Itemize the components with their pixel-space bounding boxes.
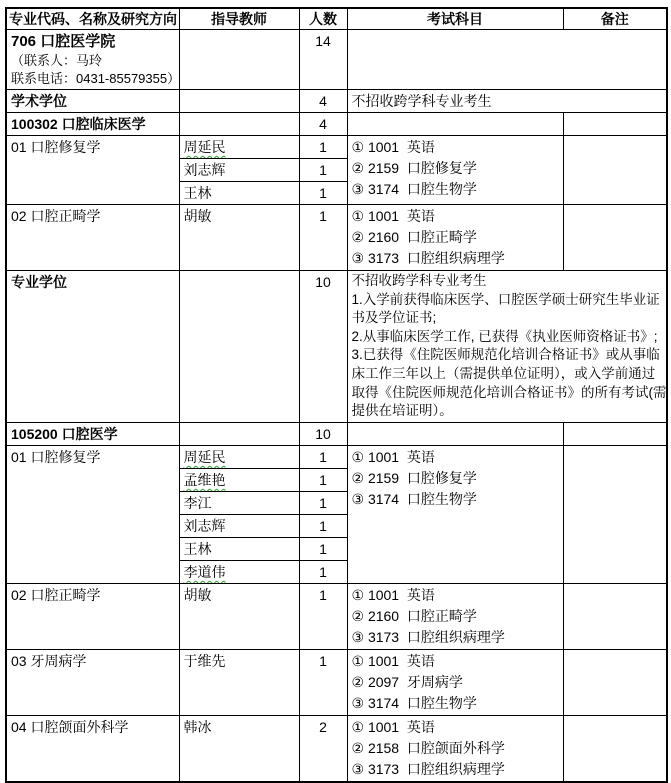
advisor-cell (179, 90, 299, 113)
count-cell: 1 (299, 182, 347, 205)
count-cell: 4 (299, 113, 347, 136)
col-header-program: 专业代码、名称及研究方向 (6, 8, 179, 30)
exam-subjects-cell: ① 1001 英语 ② 2159 口腔修复学 ③ 3174 口腔生物学 (347, 136, 563, 205)
note-line: 3.已获得《住院医师规范化培训合格证书》或从事临 (352, 346, 663, 365)
advisor-cell (179, 422, 299, 445)
count-cell: 1 (299, 468, 347, 491)
section-title: 学术学位 (6, 90, 179, 113)
count-cell: 1 (299, 537, 347, 560)
program-title: 105200 口腔医学 (6, 422, 179, 445)
advisor-cell: 胡敏 (179, 205, 299, 271)
exam-subjects-cell: ① 1001 英语 ② 2158 口腔颌面外科学 ③ 3173 口腔组织病理学 (347, 715, 563, 782)
exam-subjects-cell: ① 1001 英语 ② 2097 牙周病学 ③ 3174 口腔生物学 (347, 649, 563, 715)
exam-line: ① 1001 英语 (352, 585, 559, 606)
count-cell: 1 (299, 560, 347, 583)
exam-subjects-cell: ① 1001 英语 ② 2159 口腔修复学 ③ 3174 口腔生物学 (347, 445, 563, 583)
exam-line: ① 1001 英语 (352, 717, 559, 738)
col-header-remarks: 备注 (563, 8, 667, 30)
advisor-cell (179, 271, 299, 423)
count-cell: 1 (299, 649, 347, 715)
advisor-name: 周延民 (184, 139, 226, 155)
advisor-cell: 王林 (179, 537, 299, 560)
advisor-name: 刘志辉 (184, 518, 226, 534)
exam-line: ③ 3173 口腔组织病理学 (352, 248, 559, 269)
exam-line: ① 1001 英语 (352, 137, 559, 158)
advisor-cell: 于维先 (179, 649, 299, 715)
header-row: 专业代码、名称及研究方向 指导教师 人数 考试科目 备注 (6, 8, 667, 30)
advisor-name: 胡敏 (184, 587, 212, 603)
advisor-cell: 孟维艳 (179, 468, 299, 491)
remarks-cell (563, 715, 667, 782)
direction-row: 02 口腔正畸学 胡敏 1 ① 1001 英语 ② 2160 口腔正畸学 ③ 3… (6, 583, 667, 649)
note-cell: 不招收跨学科专业考生 (347, 90, 667, 113)
col-header-advisor: 指导教师 (179, 8, 299, 30)
count-cell: 1 (299, 205, 347, 271)
remarks-cell (563, 583, 667, 649)
advisor-name: 王林 (184, 185, 212, 201)
exam-line: ③ 3173 口腔组织病理学 (352, 627, 559, 648)
note-line: 取得《住院医师规范化培训合格证书》的所有考试(需 (352, 384, 663, 403)
direction-row: 01 口腔修复学 周延民 1 ① 1001 英语 ② 2159 口腔修复学 ③ … (6, 445, 667, 468)
section-title: 专业学位 (6, 271, 179, 423)
advisor-name: 于维先 (184, 653, 226, 669)
department-row: 706 口腔医学院 （联系人：马玲 联系电话：0431-85579355） 14 (6, 30, 667, 90)
exam-line: ② 2159 口腔修复学 (352, 468, 559, 489)
requirements-note-cell: 不招收跨学科专业考生 1.入学前获得临床医学、口腔医学硕士研究生毕业证 书及学位… (347, 271, 667, 423)
count-cell: 2 (299, 715, 347, 782)
exam-line: ① 1001 英语 (352, 206, 559, 227)
contact-person: （联系人：马玲 (11, 52, 175, 70)
direction-title: 01 口腔修复学 (6, 136, 179, 205)
note-line: 床工作三年以上（需提供单位证明），或入学前通过 (352, 365, 663, 384)
note-line: 不招收跨学科专业考生 (352, 272, 663, 291)
remarks-cell (563, 205, 667, 271)
department-title: 706 口腔医学院 (11, 31, 175, 52)
direction-title: 04 口腔颌面外科学 (6, 715, 179, 782)
direction-title: 02 口腔正畸学 (6, 583, 179, 649)
exam-subjects-cell (347, 113, 563, 136)
col-header-exam-subjects: 考试科目 (347, 8, 563, 30)
count-cell: 10 (299, 422, 347, 445)
count-cell: 1 (299, 159, 347, 182)
direction-row: 03 牙周病学 于维先 1 ① 1001 英语 ② 2097 牙周病学 ③ 31… (6, 649, 667, 715)
advisor-cell (179, 113, 299, 136)
contact-phone: 联系电话：0431-85579355） (11, 70, 175, 88)
exam-line: ③ 3174 口腔生物学 (352, 489, 559, 510)
direction-row: 02 口腔正畸学 胡敏 1 ① 1001 英语 ② 2160 口腔正畸学 ③ 3… (6, 205, 667, 271)
remarks-cell (563, 422, 667, 445)
count-cell: 1 (299, 491, 347, 514)
exam-line: ① 1001 英语 (352, 651, 559, 672)
advisor-cell: 李道伟 (179, 560, 299, 583)
exam-line: ② 2097 牙周病学 (352, 672, 559, 693)
advisor-cell: 胡敏 (179, 583, 299, 649)
advisor-cell: 周延民 (179, 445, 299, 468)
exam-line: ③ 3174 口腔生物学 (352, 693, 559, 714)
advisor-name: 韩冰 (184, 719, 212, 735)
exam-line: ② 2160 口腔正畸学 (352, 227, 559, 248)
count-cell: 1 (299, 583, 347, 649)
note-line: 1.入学前获得临床医学、口腔医学硕士研究生毕业证 (352, 291, 663, 310)
direction-row: 01 口腔修复学 周延民 1 ① 1001 英语 ② 2159 口腔修复学 ③ … (6, 136, 667, 159)
count-cell: 14 (299, 30, 347, 90)
count-cell: 1 (299, 445, 347, 468)
program-title: 100302 口腔临床医学 (6, 113, 179, 136)
exam-line: ③ 3174 口腔生物学 (352, 179, 559, 200)
program-100302-row: 100302 口腔临床医学 4 (6, 113, 667, 136)
note-line: 2.从事临床医学工作, 已获得《执业医师资格证书》; (352, 328, 663, 347)
advisor-name: 李道伟 (184, 564, 226, 580)
count-cell: 10 (299, 271, 347, 423)
advisor-name: 胡敏 (184, 208, 212, 224)
advisor-cell: 韩冰 (179, 715, 299, 782)
professional-degree-row: 专业学位 10 不招收跨学科专业考生 1.入学前获得临床医学、口腔医学硕士研究生… (6, 271, 667, 423)
note-line: 书及学位证书; (352, 309, 663, 328)
advisor-cell: 刘志辉 (179, 159, 299, 182)
exam-line: ② 2160 口腔正畸学 (352, 606, 559, 627)
exam-line: ② 2159 口腔修复学 (352, 158, 559, 179)
exam-subjects-cell: ① 1001 英语 ② 2160 口腔正畸学 ③ 3173 口腔组织病理学 (347, 205, 563, 271)
advisor-cell: 李江 (179, 491, 299, 514)
direction-title: 02 口腔正畸学 (6, 205, 179, 271)
advisor-name: 王林 (184, 541, 212, 557)
remarks-cell (563, 113, 667, 136)
admissions-table: 专业代码、名称及研究方向 指导教师 人数 考试科目 备注 706 口腔医学院 （… (5, 7, 668, 783)
exam-line: ① 1001 英语 (352, 447, 559, 468)
exam-line: ③ 3173 口腔组织病理学 (352, 759, 559, 780)
count-cell: 1 (299, 514, 347, 537)
exam-line: ② 2158 口腔颌面外科学 (352, 738, 559, 759)
advisor-name: 李江 (184, 495, 212, 511)
advisor-cell (179, 30, 299, 90)
direction-title: 03 牙周病学 (6, 649, 179, 715)
advisor-cell: 刘志辉 (179, 514, 299, 537)
exam-subjects-cell: ① 1001 英语 ② 2160 口腔正畸学 ③ 3173 口腔组织病理学 (347, 583, 563, 649)
remarks-cell (563, 136, 667, 205)
col-header-count: 人数 (299, 8, 347, 30)
direction-title: 01 口腔修复学 (6, 445, 179, 583)
advisor-cell: 周延民 (179, 136, 299, 159)
program-105200-row: 105200 口腔医学 10 (6, 422, 667, 445)
note-line: 提供在培证明）。 (352, 402, 663, 421)
advisor-cell: 王林 (179, 182, 299, 205)
count-cell: 1 (299, 136, 347, 159)
academic-degree-row: 学术学位 4 不招收跨学科专业考生 (6, 90, 667, 113)
page: 专业代码、名称及研究方向 指导教师 人数 考试科目 备注 706 口腔医学院 （… (0, 0, 671, 783)
advisor-name: 周延民 (184, 449, 226, 465)
count-cell: 4 (299, 90, 347, 113)
advisor-name: 刘志辉 (184, 162, 226, 178)
remarks-cell (563, 445, 667, 583)
department-cell: 706 口腔医学院 （联系人：马玲 联系电话：0431-85579355） (6, 30, 179, 90)
exam-subjects-cell (347, 422, 563, 445)
remarks-cell (563, 649, 667, 715)
direction-row: 04 口腔颌面外科学 韩冰 2 ① 1001 英语 ② 2158 口腔颌面外科学… (6, 715, 667, 782)
exam-remarks-merged-cell (347, 30, 667, 90)
advisor-name: 孟维艳 (184, 472, 226, 488)
